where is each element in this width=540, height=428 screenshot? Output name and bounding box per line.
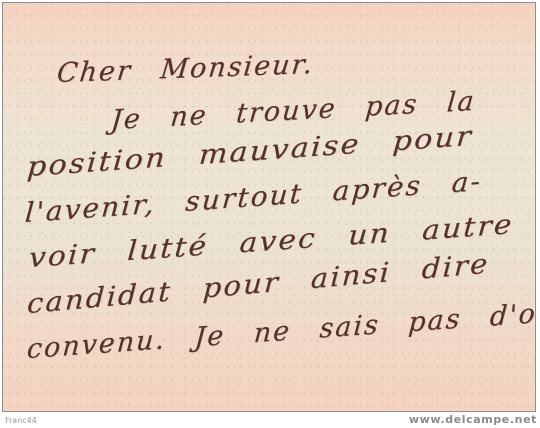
watermark-seller-id: Franc44 xyxy=(5,416,37,425)
scanned-letter-page: Cher Monsieur. Je ne trouve pas la posit… xyxy=(0,0,540,428)
letter-card-scan: Cher Monsieur. Je ne trouve pas la posit… xyxy=(2,2,536,412)
watermark-site-url: www.delcampe.net xyxy=(409,413,537,426)
handwritten-line-salutation: Cher Monsieur. xyxy=(55,50,315,89)
